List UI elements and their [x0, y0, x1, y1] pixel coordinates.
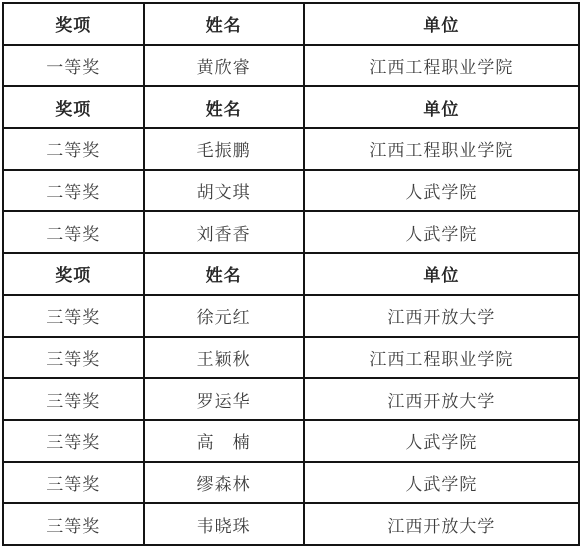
award-cell: 二等奖: [3, 211, 144, 253]
header-award-cell: 奖项: [3, 253, 144, 295]
table-row: 三等奖徐元红江西开放大学: [3, 295, 579, 337]
header-name-cell: 姓名: [144, 253, 304, 295]
name-cell: 韦晓珠: [144, 503, 304, 545]
table-row: 三等奖王颖秋江西工程职业学院: [3, 337, 579, 379]
award-cell: 三等奖: [3, 420, 144, 462]
header-award-cell: 奖项: [3, 3, 144, 45]
award-cell: 二等奖: [3, 170, 144, 212]
award-cell: 三等奖: [3, 462, 144, 504]
name-cell: 缪森林: [144, 462, 304, 504]
header-name-cell: 姓名: [144, 3, 304, 45]
header-unit-cell: 单位: [304, 253, 579, 295]
table-row: 二等奖毛振鹏江西工程职业学院: [3, 128, 579, 170]
unit-cell: 江西开放大学: [304, 378, 579, 420]
unit-cell: 江西工程职业学院: [304, 128, 579, 170]
name-cell: 罗运华: [144, 378, 304, 420]
unit-cell: 江西工程职业学院: [304, 337, 579, 379]
unit-cell: 江西开放大学: [304, 503, 579, 545]
header-award-cell: 奖项: [3, 86, 144, 128]
unit-cell: 江西开放大学: [304, 295, 579, 337]
award-cell: 三等奖: [3, 337, 144, 379]
unit-cell: 人武学院: [304, 420, 579, 462]
award-cell: 三等奖: [3, 378, 144, 420]
table-row: 一等奖黄欣睿江西工程职业学院: [3, 45, 579, 87]
table-row: 三等奖高 楠人武学院: [3, 420, 579, 462]
awards-table-body: 奖项姓名单位一等奖黄欣睿江西工程职业学院奖项姓名单位二等奖毛振鹏江西工程职业学院…: [3, 3, 579, 545]
header-name-cell: 姓名: [144, 86, 304, 128]
unit-cell: 人武学院: [304, 462, 579, 504]
document-page: 奖项姓名单位一等奖黄欣睿江西工程职业学院奖项姓名单位二等奖毛振鹏江西工程职业学院…: [0, 0, 585, 552]
table-row: 三等奖韦晓珠江西开放大学: [3, 503, 579, 545]
table-header-row: 奖项姓名单位: [3, 3, 579, 45]
table-header-row: 奖项姓名单位: [3, 86, 579, 128]
unit-cell: 人武学院: [304, 170, 579, 212]
unit-cell: 人武学院: [304, 211, 579, 253]
name-cell: 胡文琪: [144, 170, 304, 212]
table-row: 二等奖刘香香人武学院: [3, 211, 579, 253]
name-cell: 黄欣睿: [144, 45, 304, 87]
name-cell: 高 楠: [144, 420, 304, 462]
unit-cell: 江西工程职业学院: [304, 45, 579, 87]
table-row: 三等奖缪森林人武学院: [3, 462, 579, 504]
name-cell: 刘香香: [144, 211, 304, 253]
award-cell: 一等奖: [3, 45, 144, 87]
header-unit-cell: 单位: [304, 86, 579, 128]
name-cell: 王颖秋: [144, 337, 304, 379]
table-header-row: 奖项姓名单位: [3, 253, 579, 295]
award-cell: 三等奖: [3, 295, 144, 337]
name-cell: 徐元红: [144, 295, 304, 337]
name-cell: 毛振鹏: [144, 128, 304, 170]
award-cell: 三等奖: [3, 503, 144, 545]
table-row: 三等奖罗运华江西开放大学: [3, 378, 579, 420]
award-cell: 二等奖: [3, 128, 144, 170]
awards-table: 奖项姓名单位一等奖黄欣睿江西工程职业学院奖项姓名单位二等奖毛振鹏江西工程职业学院…: [2, 2, 580, 546]
table-row: 二等奖胡文琪人武学院: [3, 170, 579, 212]
header-unit-cell: 单位: [304, 3, 579, 45]
